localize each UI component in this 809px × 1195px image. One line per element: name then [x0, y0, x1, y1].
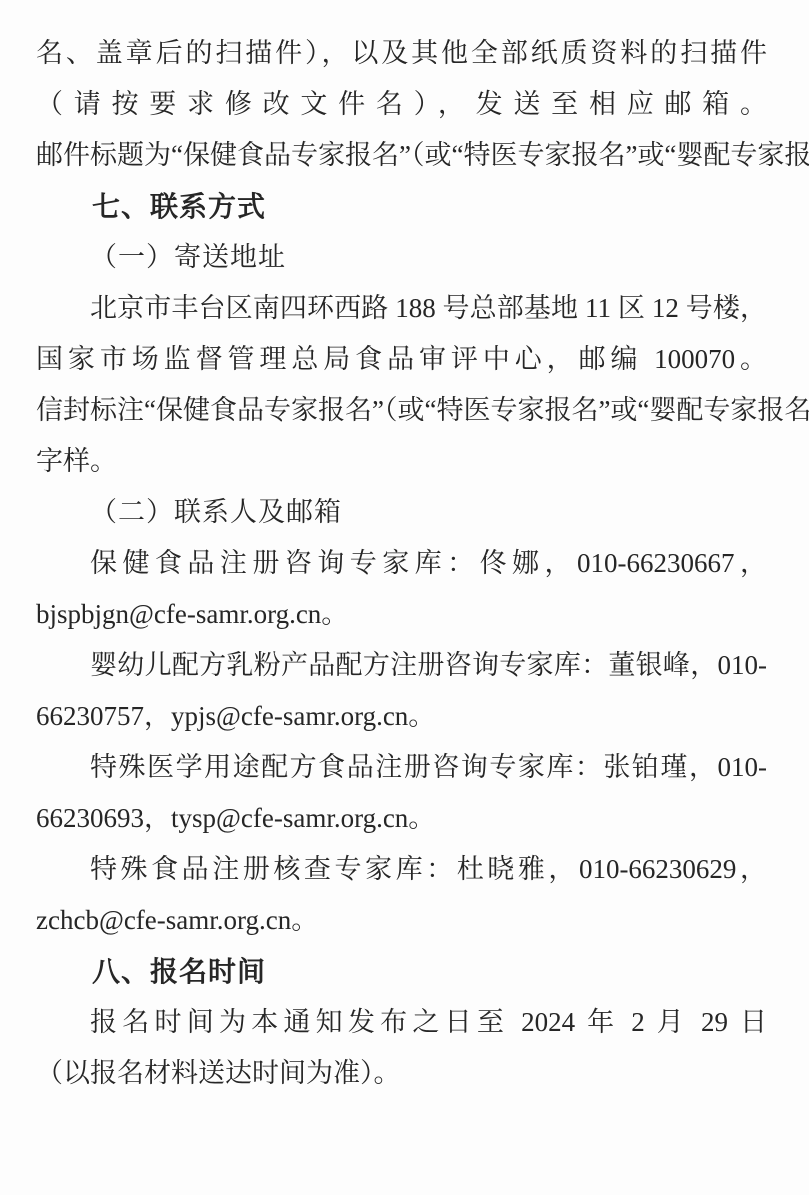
- heading-section-8-registration-time: 八、报名时间: [36, 946, 767, 997]
- paragraph-registration-deadline: 报名时间为本通知发布之日至 2024 年 2 月 29 日（以报名材料送达时间为…: [36, 997, 767, 1099]
- document-content: 名、盖章后的扫描件），以及其他全部纸质资料的扫描件（请按要求修改文件名），发送至…: [0, 0, 809, 1099]
- paragraph-contact-registration-inspection-expert-db: 特殊食品注册核查专家库：杜晓雅，010-66230629，zchcb@cfe-s…: [36, 844, 767, 946]
- paragraph-email-submission: 名、盖章后的扫描件），以及其他全部纸质资料的扫描件（请按要求修改文件名），发送至…: [36, 28, 767, 181]
- paragraph-contact-medical-formula-expert-db: 特殊医学用途配方食品注册咨询专家库：张铂瑾，010-66230693，tysp@…: [36, 742, 767, 844]
- document-page: 名、盖章后的扫描件），以及其他全部纸质资料的扫描件（请按要求修改文件名），发送至…: [0, 0, 809, 1195]
- paragraph-contact-health-food-expert-db: 保健食品注册咨询专家库：佟娜，010-66230667，bjspbjgn@cfe…: [36, 538, 767, 640]
- subheading-mailing-address: （一）寄送地址: [36, 232, 767, 283]
- heading-section-7-contact-info: 七、联系方式: [36, 181, 767, 232]
- paragraph-contact-infant-formula-expert-db: 婴幼儿配方乳粉产品配方注册咨询专家库：董银峰，010-66230757，ypjs…: [36, 640, 767, 742]
- subheading-contacts-and-emails: （二）联系人及邮箱: [36, 487, 767, 538]
- paragraph-mailing-address: 北京市丰台区南四环西路 188 号总部基地 11 区 12 号楼，国家市场监督管…: [36, 283, 767, 487]
